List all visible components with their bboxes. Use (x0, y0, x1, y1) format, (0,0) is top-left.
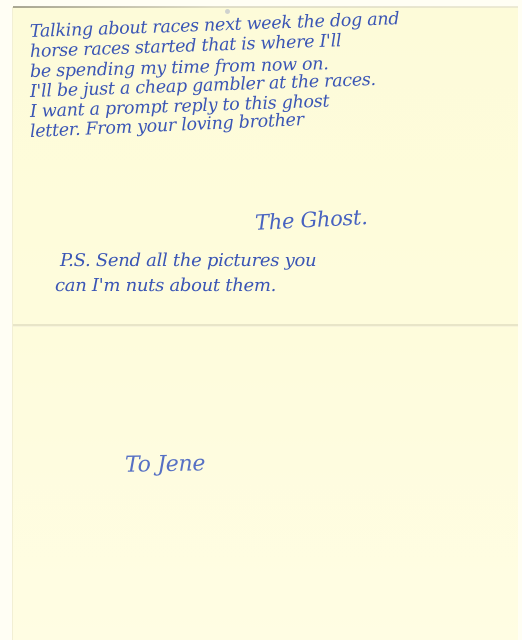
letter-body: Talking about races next week the dog an… (30, 22, 399, 142)
postscript: P.S. Send all the pictures you can I'm n… (60, 248, 316, 298)
paper-top-edge (13, 6, 518, 8)
envelope-address: To Jene (125, 451, 206, 477)
postscript-line: P.S. Send all the pictures you (60, 248, 316, 273)
fold-crease (13, 324, 518, 326)
postscript-line: can I'm nuts about them. (55, 273, 316, 298)
paper-mark (225, 9, 230, 14)
